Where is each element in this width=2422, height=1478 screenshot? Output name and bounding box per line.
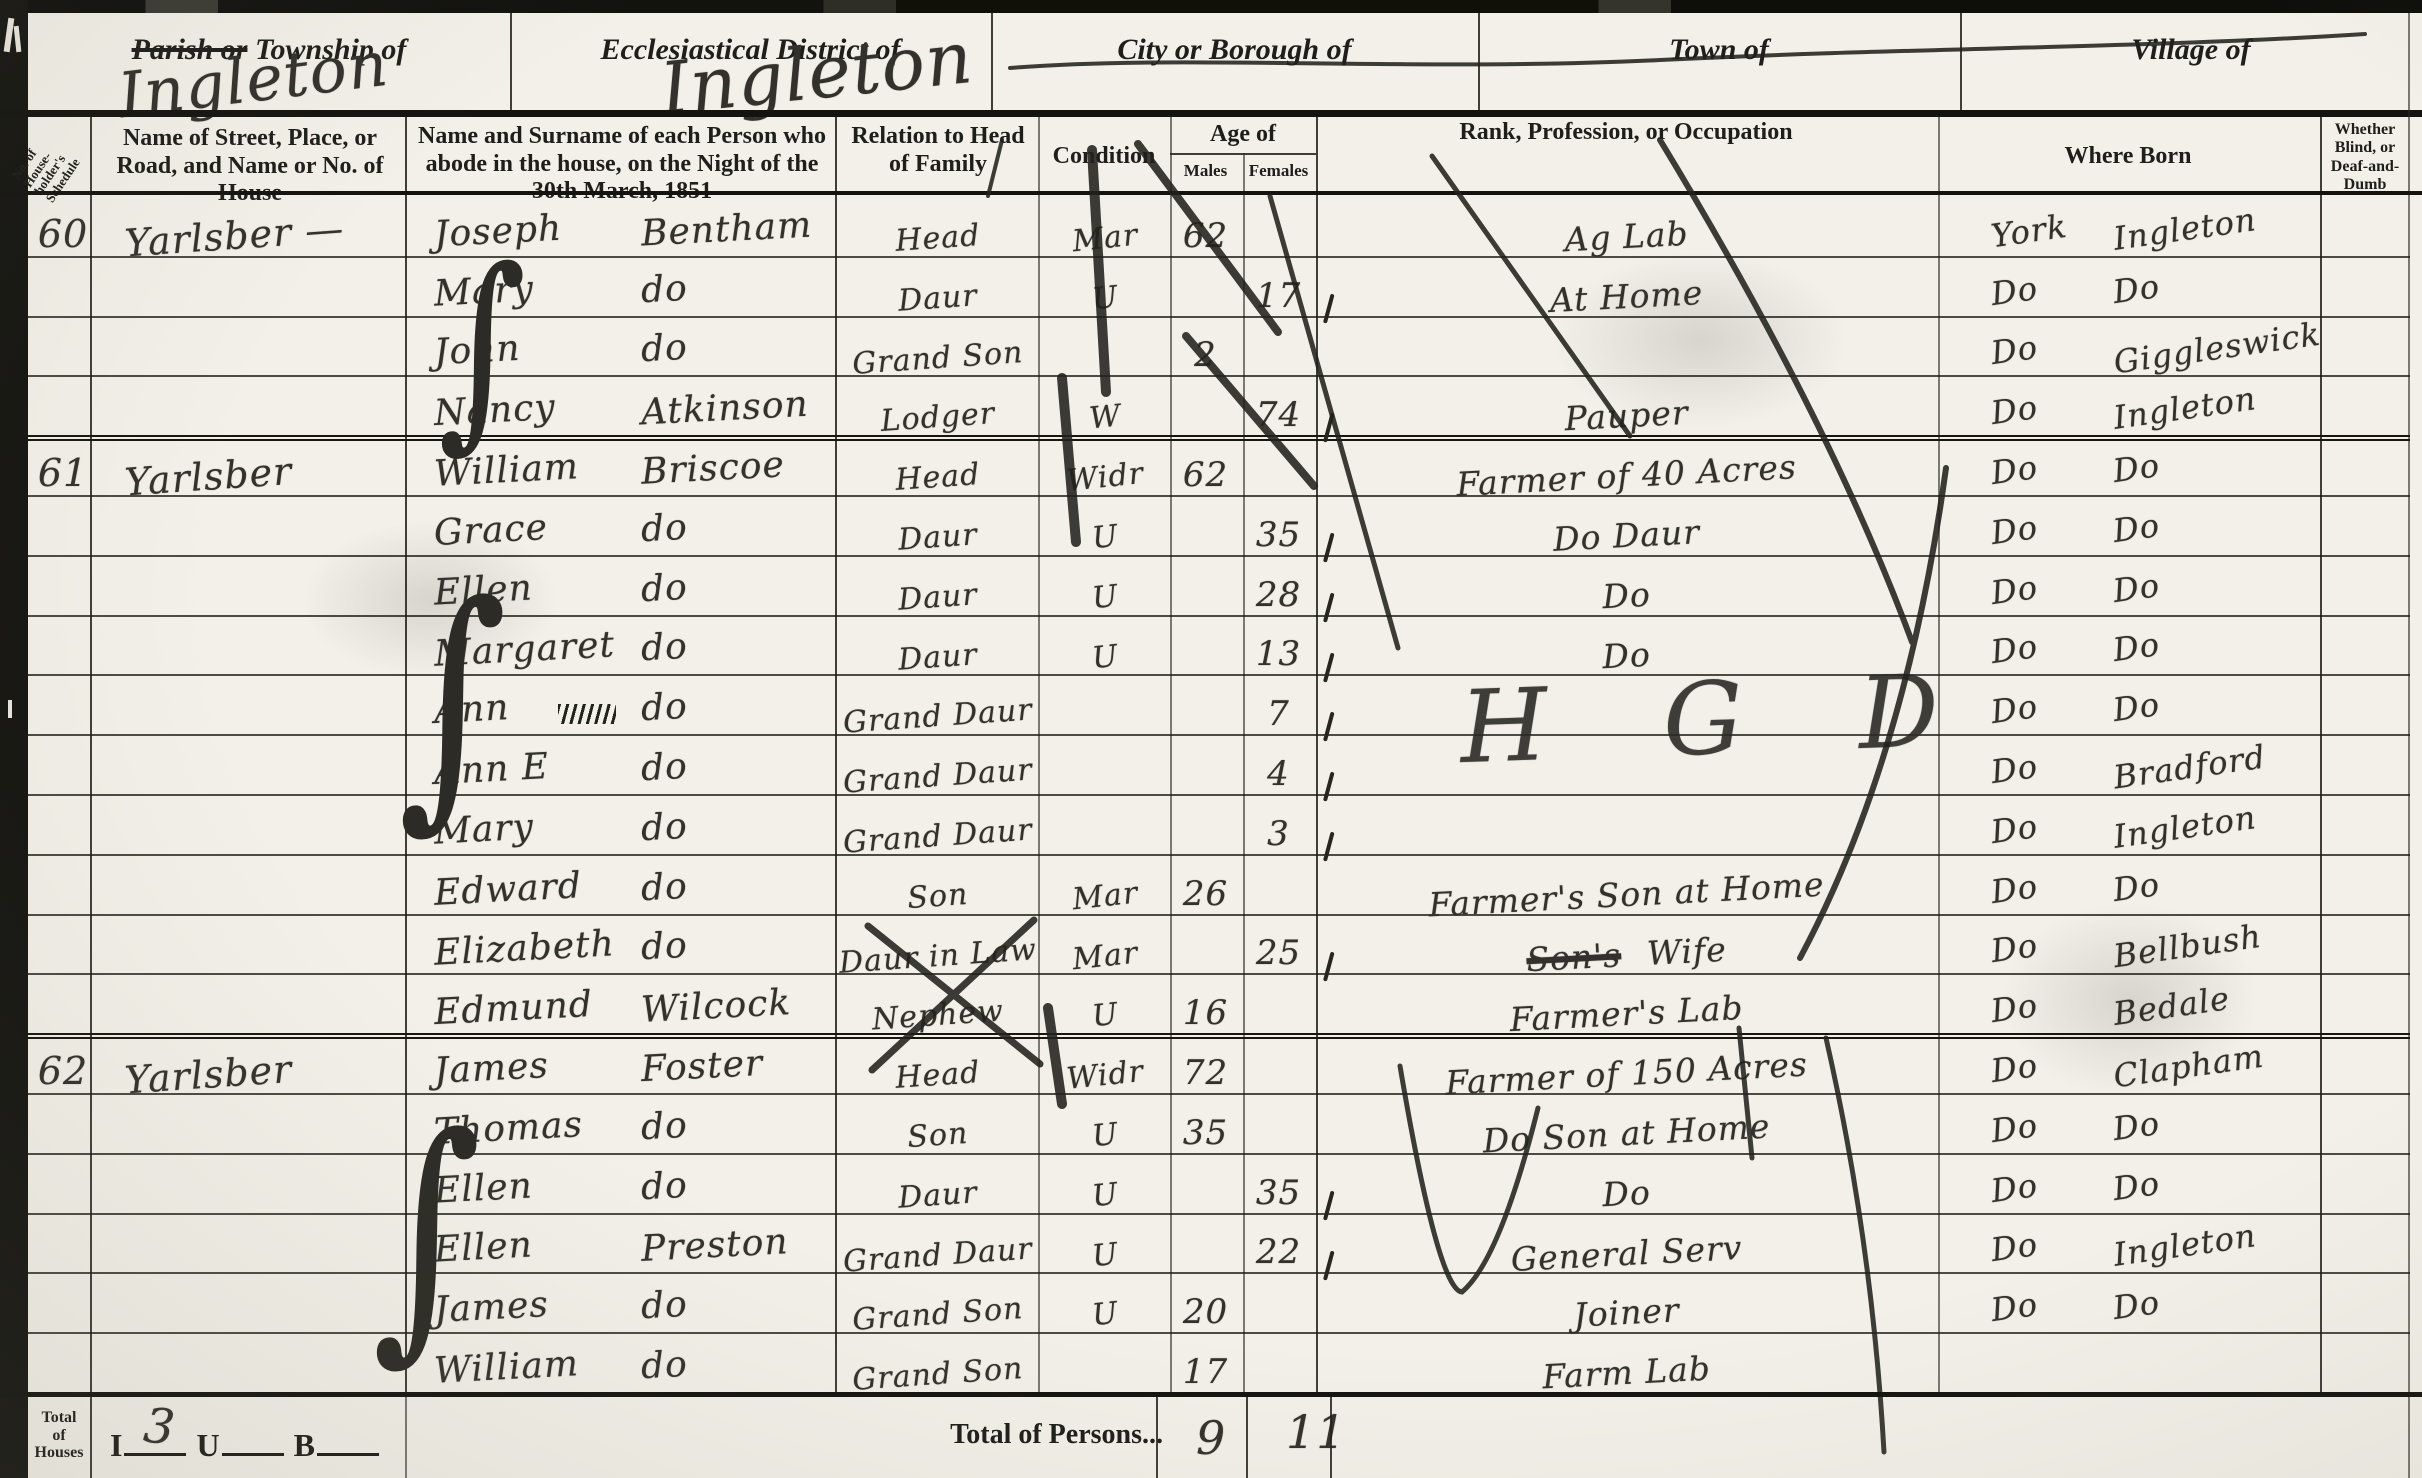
header-divider-line bbox=[0, 110, 2422, 117]
column-header-band: No. of House- holder's Schedule Name of … bbox=[28, 117, 2422, 193]
ink-scratch-mark bbox=[558, 704, 616, 724]
age-males bbox=[1170, 674, 1241, 734]
where-born: Do Do bbox=[1938, 1093, 2318, 1153]
age-males bbox=[1170, 615, 1241, 675]
schedule-number bbox=[34, 854, 92, 914]
schedule-number bbox=[34, 734, 92, 794]
village-label: Village of bbox=[1960, 33, 2422, 67]
town-cell: Town of bbox=[1478, 13, 1960, 110]
footer-band: Total of Houses I U B 3 Total of Persons… bbox=[28, 1397, 2422, 1478]
occupation-struck-text: Son's bbox=[1525, 935, 1622, 979]
age-males: 35 bbox=[1170, 1093, 1241, 1153]
occupation-text: Pauper bbox=[1564, 393, 1690, 438]
person-surname: do bbox=[640, 925, 689, 968]
schedule-number bbox=[34, 375, 92, 435]
inhabited-label: I bbox=[110, 1427, 124, 1463]
born-place: Clapham bbox=[2111, 1037, 2266, 1096]
age-females bbox=[1243, 1332, 1314, 1392]
age-females bbox=[1243, 1033, 1314, 1093]
parish-cell: Parish or Township of Ingleton bbox=[28, 13, 510, 110]
total-persons-males: 9 bbox=[1196, 1411, 1226, 1465]
born-county: Do bbox=[1989, 1225, 2041, 1269]
age-males: 20 bbox=[1170, 1272, 1241, 1332]
col-condition-header: Condition bbox=[1040, 143, 1168, 171]
person-surname: Atkinson bbox=[640, 384, 810, 434]
schedule-number bbox=[34, 555, 92, 615]
district-cell: Ecclesiastical District of Ingleton bbox=[510, 13, 991, 110]
born-place: Do bbox=[2110, 566, 2162, 610]
schedule-number bbox=[34, 794, 92, 854]
person-surname: do bbox=[640, 566, 689, 609]
born-place: Do bbox=[2110, 625, 2162, 669]
where-born: Do Bradford bbox=[1938, 734, 2318, 794]
col-relation-header: Relation to Head of Family bbox=[840, 123, 1036, 178]
person-surname: do bbox=[640, 865, 689, 908]
age-males: 72 bbox=[1170, 1033, 1241, 1093]
col-blind-header: Whether Blind, or Deaf-and-Dumb bbox=[2322, 121, 2408, 195]
age-females: 4 bbox=[1243, 734, 1314, 794]
where-born: Do Giggleswick bbox=[1938, 316, 2318, 376]
born-county: Do bbox=[1989, 388, 2041, 432]
where-born: Do Bedale bbox=[1938, 973, 2318, 1033]
footer-divider bbox=[90, 1397, 92, 1478]
born-county: Do bbox=[1989, 508, 2041, 552]
person-forename: Edward bbox=[433, 865, 583, 914]
born-place: Do bbox=[2110, 685, 2162, 729]
where-born: Do Clapham bbox=[1938, 1033, 2318, 1093]
where-born: Do Do bbox=[1938, 256, 2318, 316]
where-born: Do Ingleton bbox=[1938, 375, 2318, 435]
household-brace-mark: ∫ bbox=[398, 597, 507, 807]
edge-speck bbox=[8, 700, 12, 718]
where-born: Do Do bbox=[1938, 555, 2318, 615]
born-county: Do bbox=[1989, 687, 2041, 731]
person-surname: Bentham bbox=[640, 204, 813, 254]
col-born-header: Where Born bbox=[1938, 143, 2318, 171]
age-females bbox=[1243, 1093, 1314, 1153]
born-county: Do bbox=[1989, 1106, 2041, 1150]
person-name: Edmund Wilcock bbox=[408, 973, 832, 1033]
person-surname: do bbox=[640, 806, 689, 849]
person-surname: Foster bbox=[640, 1043, 764, 1090]
divider bbox=[991, 13, 993, 110]
person-surname: do bbox=[640, 1284, 689, 1327]
col-rank-header: Rank, Profession, or Occupation bbox=[1316, 119, 1936, 147]
age-males: 17 bbox=[1170, 1332, 1241, 1392]
footer-divider bbox=[1156, 1397, 1158, 1478]
uninhabited-blank bbox=[222, 1423, 284, 1456]
person-surname: do bbox=[640, 686, 689, 729]
uninhabited-label: U bbox=[196, 1427, 221, 1463]
person-forename: Grace bbox=[433, 507, 549, 554]
city-label: City or Borough of bbox=[991, 33, 1478, 67]
born-place: Do bbox=[2110, 446, 2162, 490]
occupation-text: Joiner bbox=[1572, 1290, 1680, 1335]
born-county: Do bbox=[1989, 1046, 2041, 1090]
born-place: Do bbox=[2110, 865, 2162, 909]
schedule-number bbox=[34, 674, 92, 734]
person-surname: do bbox=[640, 327, 689, 370]
city-cell: City or Borough of bbox=[991, 13, 1478, 110]
person-surname: Wilcock bbox=[640, 982, 792, 1031]
where-born: Do Ingleton bbox=[1938, 1213, 2318, 1273]
age-males bbox=[1170, 375, 1241, 435]
total-persons-label: Total of Persons... bbox=[878, 1419, 1163, 1451]
schedule-number: 61 bbox=[34, 435, 92, 495]
person-surname: do bbox=[640, 1164, 689, 1207]
col-males-header: Males bbox=[1170, 161, 1241, 181]
age-females bbox=[1243, 435, 1314, 495]
person-surname: Preston bbox=[640, 1222, 789, 1271]
divider bbox=[1960, 13, 1962, 110]
schedule-number bbox=[34, 1153, 92, 1213]
relation-to-head: Grand Son bbox=[836, 1325, 1038, 1398]
person-surname: do bbox=[640, 1344, 689, 1387]
age-females: 28 bbox=[1243, 555, 1314, 615]
person-name: Edward do bbox=[408, 854, 832, 914]
age-males bbox=[1170, 794, 1241, 854]
born-place: Bedale bbox=[2111, 979, 2232, 1033]
born-county: Do bbox=[1989, 747, 2041, 791]
building-label: B bbox=[294, 1427, 317, 1463]
born-county: Do bbox=[1989, 1166, 2041, 1210]
occupation-text: Do bbox=[1601, 1172, 1651, 1213]
person-surname: do bbox=[640, 746, 689, 789]
age-males bbox=[1170, 1213, 1241, 1273]
footer-divider bbox=[1330, 1397, 1332, 1478]
schedule-number bbox=[34, 615, 92, 675]
born-place: Do bbox=[2110, 267, 2162, 311]
schedule-number bbox=[34, 256, 92, 316]
person-surname: Briscoe bbox=[640, 444, 786, 492]
age-females bbox=[1243, 196, 1314, 256]
age-males: 26 bbox=[1170, 854, 1241, 914]
age-females bbox=[1243, 316, 1314, 376]
age-females: 35 bbox=[1243, 495, 1314, 555]
top-header-band: Parish or Township of Ingleton Ecclesias… bbox=[28, 13, 2422, 110]
town-label: Town of bbox=[1478, 33, 1960, 67]
total-houses-label: Total of Houses bbox=[28, 1409, 90, 1462]
born-county: Do bbox=[1989, 807, 2041, 851]
col-females-header: Females bbox=[1243, 161, 1314, 181]
age-females: 7 bbox=[1243, 674, 1314, 734]
where-born bbox=[1938, 1332, 2318, 1392]
condition bbox=[1037, 1326, 1171, 1399]
schedule-number bbox=[34, 1213, 92, 1273]
schedule-number bbox=[34, 1332, 92, 1392]
age-females bbox=[1243, 973, 1314, 1033]
where-born: York Ingleton bbox=[1938, 196, 2318, 256]
born-place: Bradford bbox=[2111, 738, 2268, 797]
schedule-number bbox=[34, 1093, 92, 1153]
born-county: Do bbox=[1989, 269, 2041, 313]
total-persons-females: 11 bbox=[1286, 1405, 1347, 1459]
born-county: Do bbox=[1989, 1285, 2041, 1329]
age-males bbox=[1170, 734, 1241, 794]
schedule-number bbox=[34, 914, 92, 974]
where-born: Do Do bbox=[1938, 435, 2318, 495]
person-surname: do bbox=[640, 507, 689, 550]
age-females: 3 bbox=[1243, 794, 1314, 854]
born-county: Do bbox=[1989, 867, 2041, 911]
person-surname: do bbox=[640, 267, 689, 310]
born-place: Do bbox=[2110, 1283, 2162, 1327]
born-place: Ingleton bbox=[2111, 798, 2259, 856]
person-surname: do bbox=[640, 1105, 689, 1148]
born-place: Bellbush bbox=[2111, 917, 2264, 975]
age-males bbox=[1170, 256, 1241, 316]
enumerator-scrawl: H G D bbox=[1458, 651, 1983, 786]
divider bbox=[1478, 13, 1480, 110]
village-cell: Village of bbox=[1960, 13, 2422, 110]
born-county: Do bbox=[1989, 986, 2041, 1030]
occupation-text: Do bbox=[1601, 574, 1651, 615]
age-males: 62 bbox=[1170, 435, 1241, 495]
person-surname: do bbox=[640, 626, 689, 669]
age-females: 13 bbox=[1243, 615, 1314, 675]
where-born: Do Do bbox=[1938, 615, 2318, 675]
schedule-number bbox=[34, 973, 92, 1033]
age-males bbox=[1170, 914, 1241, 974]
household-brace-mark: ∫ bbox=[372, 1129, 481, 1339]
person-name: Elizabeth do bbox=[408, 914, 832, 974]
schedule-number bbox=[34, 495, 92, 555]
where-born: Do Do bbox=[1938, 674, 2318, 734]
age-females: 74 bbox=[1243, 375, 1314, 435]
schedule-number: 60 bbox=[34, 196, 92, 256]
scan-top-edge bbox=[0, 0, 2422, 13]
born-place: Ingleton bbox=[2111, 1217, 2259, 1275]
age-males bbox=[1170, 555, 1241, 615]
person-name: Grace do bbox=[408, 495, 832, 555]
age-females: 17 bbox=[1243, 256, 1314, 316]
footer-divider bbox=[405, 1397, 407, 1478]
houses-inhabited-value: 3 bbox=[141, 1398, 178, 1457]
age-males bbox=[1170, 495, 1241, 555]
born-county: Do bbox=[1989, 448, 2041, 492]
occupation-text: Ag Lab bbox=[1564, 214, 1690, 259]
born-place: Do bbox=[2110, 1164, 2162, 1208]
building-blank bbox=[317, 1423, 379, 1456]
born-county: York bbox=[1989, 207, 2070, 255]
age-males: 16 bbox=[1170, 973, 1241, 1033]
born-place: Ingleton bbox=[2111, 379, 2259, 437]
where-born: Do Do bbox=[1938, 1272, 2318, 1332]
col-age-header: Age of bbox=[1170, 121, 1316, 149]
age-males: 62 bbox=[1170, 196, 1241, 256]
where-born: Do Ingleton bbox=[1938, 794, 2318, 854]
born-place: Ingleton bbox=[2111, 200, 2259, 258]
born-place: Giggleswick bbox=[2111, 315, 2323, 382]
where-born: Do Bellbush bbox=[1938, 914, 2318, 974]
schedule-number: 62 bbox=[34, 1033, 92, 1093]
schedule-number bbox=[34, 1272, 92, 1332]
age-females: 25 bbox=[1243, 914, 1314, 974]
born-place: Do bbox=[2110, 506, 2162, 550]
occupation-text: Wife bbox=[1646, 929, 1728, 972]
census-scan-page: Parish or Township of Ingleton Ecclesias… bbox=[0, 0, 2422, 1478]
where-born: Do Do bbox=[1938, 854, 2318, 914]
divider bbox=[510, 13, 512, 110]
schedule-number bbox=[34, 316, 92, 376]
age-females: 22 bbox=[1243, 1213, 1314, 1273]
born-county: Do bbox=[1989, 568, 2041, 612]
person-forename: Edmund bbox=[433, 984, 594, 1033]
age-males: 2 bbox=[1170, 316, 1241, 376]
born-county: Do bbox=[1989, 328, 2041, 372]
person-forename: Elizabeth bbox=[433, 924, 616, 974]
age-males bbox=[1170, 1153, 1241, 1213]
born-place: Do bbox=[2110, 1104, 2162, 1148]
footer-divider bbox=[1246, 1397, 1248, 1478]
born-county: Do bbox=[1989, 926, 2041, 970]
age-females bbox=[1243, 1272, 1314, 1332]
household-brace-mark: ∫ bbox=[438, 263, 527, 433]
born-county: Do bbox=[1989, 627, 2041, 671]
occupation-text: Farm Lab bbox=[1541, 1349, 1711, 1397]
where-born: Do Do bbox=[1938, 1153, 2318, 1213]
age-females bbox=[1243, 854, 1314, 914]
where-born: Do Do bbox=[1938, 495, 2318, 555]
age-females: 35 bbox=[1243, 1153, 1314, 1213]
scan-left-edge bbox=[0, 0, 28, 1478]
